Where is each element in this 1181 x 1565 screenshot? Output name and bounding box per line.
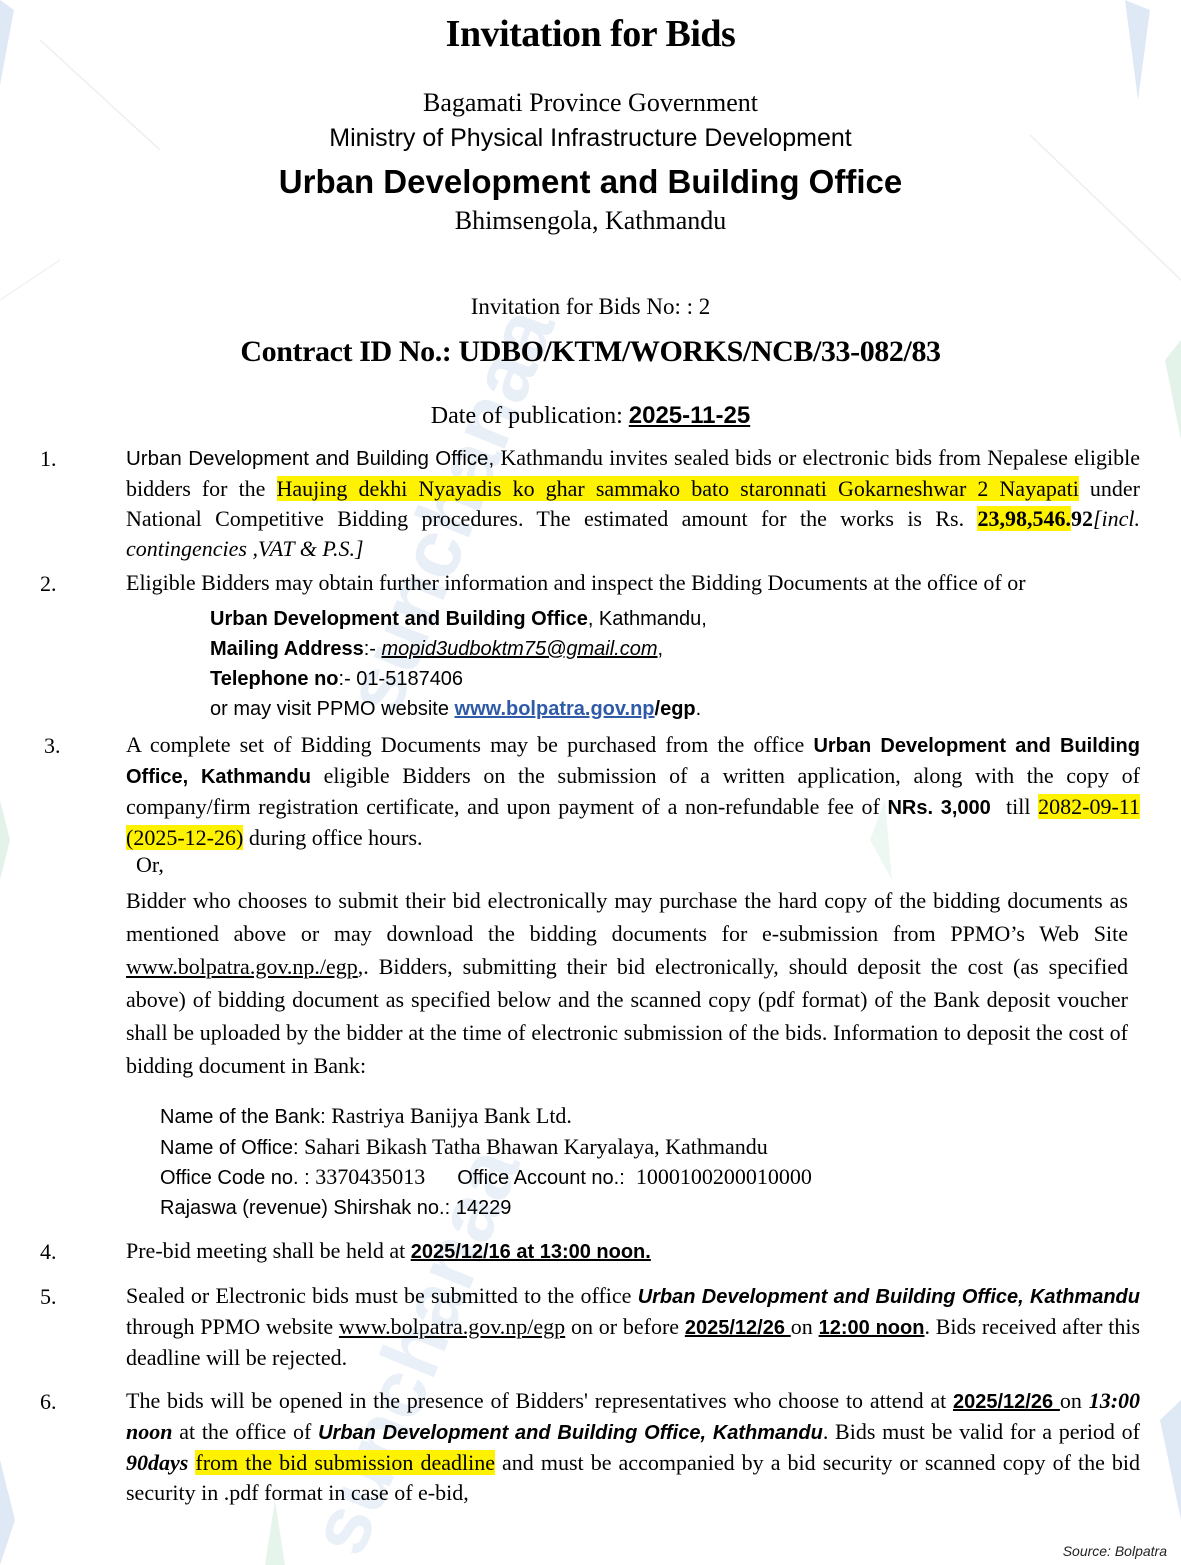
item-3-text-a: A complete set of Bidding Documents may … bbox=[126, 732, 813, 757]
submission-deadline-date: 2025/12/26 bbox=[685, 1317, 791, 1339]
bank-name-label: Name of the Bank: bbox=[160, 1106, 331, 1128]
account-value: 1000100200010000 bbox=[636, 1164, 812, 1189]
submission-deadline-time: 12:00 noon bbox=[819, 1317, 925, 1339]
contract-id: Contract ID No.: UDBO/KTM/WORKS/NCB/33-0… bbox=[0, 335, 1181, 369]
item-6-office: Urban Development and Building Office, K… bbox=[318, 1422, 823, 1444]
item-number-1: 1. bbox=[40, 446, 57, 472]
item-5-text: Sealed or Electronic bids must be submit… bbox=[126, 1281, 1140, 1373]
item-6-text-a: The bids will be opened in the presence … bbox=[126, 1388, 953, 1413]
ministry-name: Ministry of Physical Infrastructure Deve… bbox=[0, 124, 1181, 153]
estimated-amount-rest: 92 bbox=[1071, 506, 1093, 531]
item-number-3: 3. bbox=[44, 733, 61, 759]
revenue-value: 14229 bbox=[456, 1197, 512, 1219]
validity-days: 90days bbox=[126, 1450, 188, 1475]
ifb-number: Invitation for Bids No: : 2 bbox=[0, 294, 1181, 320]
bid-notice-page: sunchanaa sunchanaa Invitation for Bids … bbox=[0, 0, 1181, 1565]
bid-opening-date: 2025/12/26 bbox=[953, 1391, 1060, 1413]
document-title: Invitation for Bids bbox=[0, 12, 1181, 56]
item-6-text-b: on bbox=[1060, 1388, 1089, 1413]
project-name-highlight: Haujing dekhi Nyayadis ko ghar sammako b… bbox=[277, 476, 1079, 501]
e-submission-text-a: Bidder who chooses to submit their bid e… bbox=[126, 888, 1128, 946]
item-6-text-d: . Bids must be valid for a period of bbox=[823, 1419, 1140, 1444]
item-5-text-b: through PPMO website bbox=[126, 1314, 339, 1339]
item-5-text-c: on or before bbox=[565, 1314, 685, 1339]
telephone-label: Telephone no bbox=[210, 668, 339, 690]
bank-name-value: Rastriya Banijya Bank Ltd. bbox=[331, 1103, 572, 1128]
contact-block: Urban Development and Building Office, K… bbox=[210, 604, 707, 724]
item-3-text-c: till bbox=[991, 794, 1038, 819]
telephone-value: :- 01-5187406 bbox=[339, 668, 464, 690]
publication-date: Date of publication: 2025-11-25 bbox=[0, 402, 1181, 430]
item-number-5: 5. bbox=[40, 1284, 57, 1310]
mailing-end: , bbox=[658, 638, 664, 660]
province-name: Bagamati Province Government bbox=[0, 88, 1181, 118]
account-label: Office Account no.: bbox=[457, 1167, 636, 1189]
estimated-amount-highlight: 23,98,546. bbox=[977, 506, 1071, 531]
item-5-text-a: Sealed or Electronic bids must be submit… bbox=[126, 1283, 638, 1308]
office-code-value: 3370435013 bbox=[315, 1164, 425, 1189]
item-number-6: 6. bbox=[40, 1389, 57, 1415]
item-number-2: 2. bbox=[40, 571, 57, 597]
email-link[interactable]: mopid3udboktm75@gmail.com bbox=[382, 638, 658, 660]
office-name: Urban Development and Building Office bbox=[0, 163, 1181, 201]
revenue-label: Rajaswa (revenue) Shirshak no.: bbox=[160, 1197, 456, 1219]
item-1-text: Urban Development and Building Office, K… bbox=[126, 443, 1140, 564]
item-3-text: A complete set of Bidding Documents may … bbox=[126, 730, 1140, 853]
item-5-text-d: on bbox=[791, 1314, 819, 1339]
contact-office-name: Urban Development and Building Office bbox=[210, 608, 588, 630]
item-4-text-a: Pre-bid meeting shall be held at bbox=[126, 1238, 411, 1263]
visit-end: . bbox=[696, 698, 702, 720]
item-4-text: Pre-bid meeting shall be held at 2025/12… bbox=[126, 1236, 1140, 1267]
bank-office-label: Name of Office: bbox=[160, 1137, 304, 1159]
item-6-text-c: at the office of bbox=[172, 1419, 318, 1444]
item-6-text: The bids will be opened in the presence … bbox=[126, 1386, 1140, 1508]
item-number-4: 4. bbox=[40, 1239, 57, 1265]
item-5-office: Urban Development and Building Office, K… bbox=[638, 1286, 1140, 1308]
item-5-bolpatra-link[interactable]: www.bolpatra.gov.np/egp bbox=[339, 1314, 565, 1339]
contact-office-city: , Kathmandu, bbox=[588, 608, 707, 630]
bank-office-value: Sahari Bikash Tatha Bhawan Karyalaya, Ka… bbox=[304, 1134, 768, 1159]
validity-highlight: from the bid submission deadline bbox=[195, 1450, 495, 1475]
bolpatra-link[interactable]: www.bolpatra.gov.np bbox=[455, 698, 655, 720]
prebid-meeting-datetime: 2025/12/16 at 13:00 noon. bbox=[411, 1241, 651, 1263]
egp-suffix: /egp bbox=[655, 698, 696, 720]
item-3-text-d: during office hours. bbox=[243, 825, 422, 850]
item-1-office-lead: Urban Development and Building Office, bbox=[126, 447, 494, 470]
or-text: Or, bbox=[136, 852, 164, 878]
bank-details: Name of the Bank: Rastriya Banijya Bank … bbox=[160, 1101, 812, 1223]
office-code-label: Office Code no. : bbox=[160, 1167, 315, 1189]
office-address: Bhimsengola, Kathmandu bbox=[0, 206, 1181, 236]
e-submission-text: Bidder who chooses to submit their bid e… bbox=[126, 884, 1128, 1082]
item-2-text: Eligible Bidders may obtain further info… bbox=[126, 568, 1140, 598]
publication-date-label: Date of publication: bbox=[431, 403, 629, 429]
document-fee: NRs. 3,000 bbox=[887, 797, 990, 819]
publication-date-value: 2025-11-25 bbox=[629, 402, 750, 429]
bolpatra-egp-link[interactable]: www.bolpatra.gov.np./egp bbox=[126, 954, 358, 979]
mailing-address-label: Mailing Address bbox=[210, 638, 364, 660]
mailing-sep: :- bbox=[364, 638, 382, 660]
visit-text: or may visit PPMO website bbox=[210, 698, 455, 720]
source-credit: Source: Bolpatra bbox=[1063, 1543, 1167, 1559]
